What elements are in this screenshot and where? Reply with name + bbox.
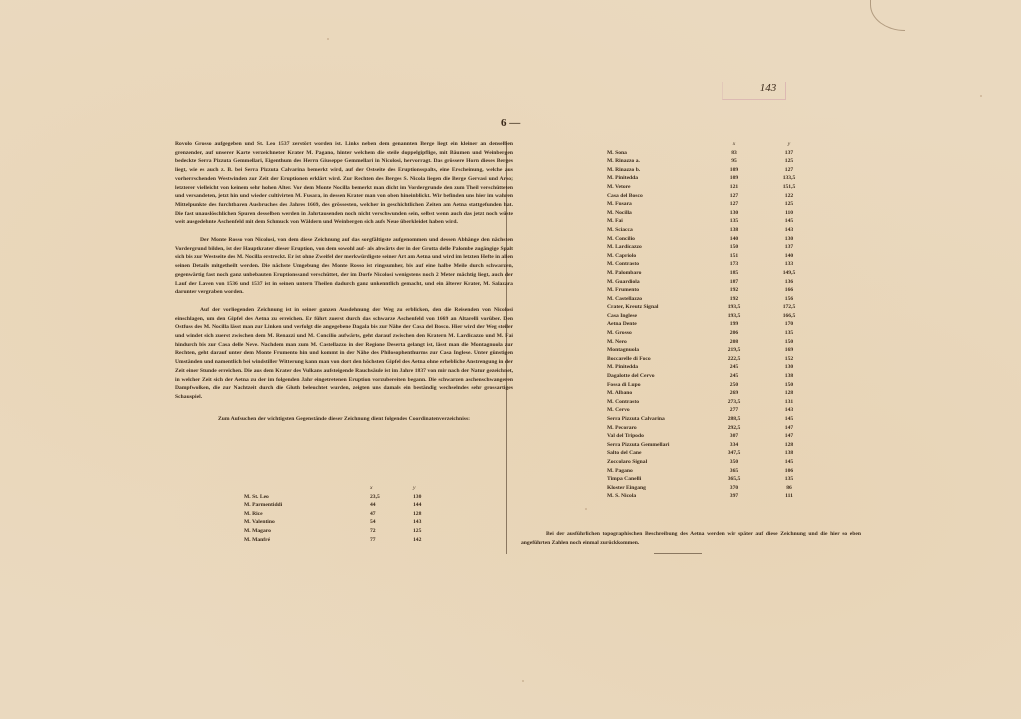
- table-row: M. Vetore121151,5: [607, 183, 813, 192]
- cell-y: 150: [759, 338, 813, 347]
- cell-x: 288,5: [709, 415, 759, 424]
- header-x: x: [358, 484, 409, 493]
- table-row: Zoccolaro Signal350145: [607, 458, 813, 467]
- cell-y: 147: [759, 432, 813, 441]
- cell-x: 370: [709, 484, 759, 493]
- cell-name: M. Cervo: [607, 406, 709, 415]
- table-row: M. Cervo277143: [607, 406, 813, 415]
- cell-x: 109: [709, 174, 759, 183]
- table-row: M. Manfré77142: [244, 536, 453, 545]
- table-row: M. Rinazzo a.95125: [607, 157, 813, 166]
- cell-name: M. Pinitedda: [607, 363, 709, 372]
- cell-y: 122: [759, 192, 813, 201]
- cell-y: 125: [759, 200, 813, 209]
- cell-x: 72: [358, 527, 409, 536]
- cell-x: 127: [709, 200, 759, 209]
- cell-y: 106: [759, 467, 813, 476]
- cell-name: M. Castellazzo: [607, 295, 709, 304]
- table-row: Boccarelle di Foco222,5152: [607, 355, 813, 364]
- cell-x: 187: [709, 278, 759, 287]
- cell-y: 127: [759, 166, 813, 175]
- cell-name: M. Vetore: [607, 183, 709, 192]
- table-row: M. Nocilla130110: [607, 209, 813, 218]
- cell-x: 208: [709, 338, 759, 347]
- table-row: M. Valentino54143: [244, 518, 453, 527]
- page-number: 6 —: [501, 117, 520, 129]
- cell-y: 152: [759, 355, 813, 364]
- cell-name: Salto del Cane: [607, 449, 709, 458]
- cell-y: 110: [759, 209, 813, 218]
- cell-name: Dagalotte del Cervo: [607, 372, 709, 381]
- header-y: y: [759, 140, 813, 149]
- table-row: Fossa di Lupo250150: [607, 381, 813, 390]
- paragraph-3: Auf der vorliegenden Zeichnung ist in se…: [175, 306, 513, 402]
- cell-y: 128: [409, 510, 453, 519]
- table-row: Timpa Canelli365,5135: [607, 475, 813, 484]
- header-name: [607, 140, 709, 149]
- cell-name: M. Sona: [607, 149, 709, 158]
- cell-name: Crater, Kreutz Signal: [607, 303, 709, 312]
- cell-name: M. Rinazzo a.: [607, 157, 709, 166]
- header-x: x: [709, 140, 759, 149]
- table-row: M. Pinitedda245130: [607, 363, 813, 372]
- cell-y: 138: [759, 449, 813, 458]
- cell-x: 23,5: [358, 493, 409, 502]
- cell-y: 142: [409, 536, 453, 545]
- cell-x: 135: [709, 217, 759, 226]
- table-row: M. Pecoraro292,5147: [607, 424, 813, 433]
- cell-x: 138: [709, 226, 759, 235]
- cell-y: 130: [759, 363, 813, 372]
- cell-x: 193,5: [709, 312, 759, 321]
- table-row: Casa Inglese193,5166,5: [607, 312, 813, 321]
- cell-name: Kloster Eingang: [607, 484, 709, 493]
- page-curl-mark: [870, 0, 905, 31]
- cell-y: 145: [759, 217, 813, 226]
- table-row: Val del Tripodo307147: [607, 432, 813, 441]
- table-row: M. Pagano365106: [607, 467, 813, 476]
- cell-x: 121: [709, 183, 759, 192]
- cell-x: 47: [358, 510, 409, 519]
- cell-x: 54: [358, 518, 409, 527]
- table-row: M. Rice47128: [244, 510, 453, 519]
- cell-x: 173: [709, 260, 759, 269]
- cell-name: M. Lardicazzo: [607, 243, 709, 252]
- cell-name: M. Magaro: [244, 527, 358, 536]
- table-row: Casa del Bosco127122: [607, 192, 813, 201]
- cell-name: M. Guardiola: [607, 278, 709, 287]
- cell-x: 307: [709, 432, 759, 441]
- cell-y: 133: [759, 260, 813, 269]
- cell-y: 128: [759, 441, 813, 450]
- cell-name: M. Fai: [607, 217, 709, 226]
- header-name: [244, 484, 358, 493]
- cell-x: 151: [709, 252, 759, 261]
- cell-x: 365,5: [709, 475, 759, 484]
- cell-name: M. Contrasto: [607, 260, 709, 269]
- cell-name: Montagnuola: [607, 346, 709, 355]
- table-row: M. Magaro72125: [244, 527, 453, 536]
- end-rule: [654, 553, 702, 554]
- table-intro: Zum Aufsuchen der wichtigsten Gegenständ…: [175, 415, 513, 424]
- cell-name: Timpa Canelli: [607, 475, 709, 484]
- table-row: M. Fusara127125: [607, 200, 813, 209]
- cell-y: 144: [409, 501, 453, 510]
- cell-y: 166: [759, 286, 813, 295]
- cell-x: 347,5: [709, 449, 759, 458]
- table-row: Dagalotte del Cervo245138: [607, 372, 813, 381]
- table-row: M. Palombaro185149,5: [607, 269, 813, 278]
- cell-y: 143: [759, 226, 813, 235]
- cell-y: 145: [759, 458, 813, 467]
- cell-x: 199: [709, 320, 759, 329]
- cell-name: Zoccolaro Signal: [607, 458, 709, 467]
- cell-name: M. Pagano: [607, 467, 709, 476]
- table-row: M. Castellazzo192156: [607, 295, 813, 304]
- paper-speck: [980, 95, 982, 97]
- cell-y: 138: [759, 372, 813, 381]
- cell-x: 83: [709, 149, 759, 158]
- cell-x: 192: [709, 286, 759, 295]
- paragraph-2: Der Monte Rosso von Nicolosi, von dem di…: [175, 236, 513, 297]
- cell-y: 125: [409, 527, 453, 536]
- table-row: M. Grosso206135: [607, 329, 813, 338]
- cell-y: 133,5: [759, 174, 813, 183]
- table-row: M. Frumento192166: [607, 286, 813, 295]
- cell-name: M. Pinitedda: [607, 174, 709, 183]
- cell-x: 206: [709, 329, 759, 338]
- table-row: M. Fai135145: [607, 217, 813, 226]
- cell-y: 143: [409, 518, 453, 527]
- table-row: M. Parmentiddi44144: [244, 501, 453, 510]
- cell-y: 147: [759, 424, 813, 433]
- cell-name: Boccarelle di Foco: [607, 355, 709, 364]
- cell-x: 245: [709, 363, 759, 372]
- table-header-row: x y: [607, 140, 813, 149]
- cell-x: 250: [709, 381, 759, 390]
- table-row: M. Sciacca138143: [607, 226, 813, 235]
- cell-y: 135: [759, 329, 813, 338]
- document-page: 143 6 — Rovolo Grosso aufgegeben und St.…: [0, 0, 1021, 719]
- closing-note: Bei der ausführlichen topographischen Be…: [521, 530, 861, 548]
- table-row: M. Nero208150: [607, 338, 813, 347]
- table-row: M. Albano269128: [607, 389, 813, 398]
- table-row: M. Rinazzo b.109127: [607, 166, 813, 175]
- table-row: Salto del Cane347,5138: [607, 449, 813, 458]
- cell-x: 95: [709, 157, 759, 166]
- table-row: M. Pinitedda109133,5: [607, 174, 813, 183]
- header-y: y: [409, 484, 453, 493]
- cell-x: 127: [709, 192, 759, 201]
- cell-name: M. Pecoraro: [607, 424, 709, 433]
- cell-x: 269: [709, 389, 759, 398]
- cell-name: Aetna Dente: [607, 320, 709, 329]
- cell-y: 156: [759, 295, 813, 304]
- cell-y: 145: [759, 415, 813, 424]
- cell-x: 292,5: [709, 424, 759, 433]
- table-row: M. Contrasto273,5131: [607, 398, 813, 407]
- cell-x: 350: [709, 458, 759, 467]
- cell-y: 136: [759, 278, 813, 287]
- cell-x: 77: [358, 536, 409, 545]
- table-row: M. Contrasto173133: [607, 260, 813, 269]
- cell-y: 86: [759, 484, 813, 493]
- cell-x: 185: [709, 269, 759, 278]
- cell-name: M. Nocilla: [607, 209, 709, 218]
- cell-name: M. Albano: [607, 389, 709, 398]
- cell-name: M. Manfré: [244, 536, 358, 545]
- table-row: Montagnuola219,5169: [607, 346, 813, 355]
- cell-name: M. Palombaro: [607, 269, 709, 278]
- cell-x: 193,5: [709, 303, 759, 312]
- table-row: M. Guardiola187136: [607, 278, 813, 287]
- cell-name: M. Nero: [607, 338, 709, 347]
- stamp-number: 143: [760, 82, 777, 94]
- cell-y: 125: [759, 157, 813, 166]
- cell-y: 137: [759, 243, 813, 252]
- cell-name: M. Parmentiddi: [244, 501, 358, 510]
- cell-x: 219,5: [709, 346, 759, 355]
- cell-y: 172,5: [759, 303, 813, 312]
- cell-name: M. Grosso: [607, 329, 709, 338]
- cell-x: 192: [709, 295, 759, 304]
- table-row: Serra Pizzuta Gemmellari334128: [607, 441, 813, 450]
- cell-name: Serra Pizzuta Calvarina: [607, 415, 709, 424]
- cell-name: M. Concilio: [607, 235, 709, 244]
- coordinate-table-right: x y M. Sona83137M. Rinazzo a.95125M. Rin…: [607, 140, 813, 501]
- cell-name: M. St. Leo: [244, 493, 358, 502]
- closing-paragraph: Bei der ausführlichen topographischen Be…: [521, 530, 861, 548]
- cell-x: 44: [358, 501, 409, 510]
- table-row: M. Lardicazzo150137: [607, 243, 813, 252]
- table-row: Crater, Kreutz Signal193,5172,5: [607, 303, 813, 312]
- cell-name: Casa del Bosco: [607, 192, 709, 201]
- cell-name: M. Frumento: [607, 286, 709, 295]
- cell-name: M. S. Nicola: [607, 492, 709, 501]
- cell-x: 397: [709, 492, 759, 501]
- cell-name: M. Contrasto: [607, 398, 709, 407]
- cell-name: M. Rinazzo b.: [607, 166, 709, 175]
- cell-y: 130: [759, 235, 813, 244]
- cell-name: M. Sciacca: [607, 226, 709, 235]
- cell-y: 170: [759, 320, 813, 329]
- cell-y: 131: [759, 398, 813, 407]
- table-header-row: x y: [244, 484, 453, 493]
- cell-y: 140: [759, 252, 813, 261]
- cell-y: 130: [409, 493, 453, 502]
- cell-name: Serra Pizzuta Gemmellari: [607, 441, 709, 450]
- cell-name: M. Capriolo: [607, 252, 709, 261]
- table-row: M. S. Nicola397111: [607, 492, 813, 501]
- table-row: Kloster Eingang37086: [607, 484, 813, 493]
- cell-y: 143: [759, 406, 813, 415]
- cell-name: Casa Inglese: [607, 312, 709, 321]
- table-row: M. Sona83137: [607, 149, 813, 158]
- table-row: M. Capriolo151140: [607, 252, 813, 261]
- cell-name: Fossa di Lupo: [607, 381, 709, 390]
- cell-x: 277: [709, 406, 759, 415]
- cell-x: 273,5: [709, 398, 759, 407]
- cell-x: 222,5: [709, 355, 759, 364]
- cell-name: M. Rice: [244, 510, 358, 519]
- cell-y: 128: [759, 389, 813, 398]
- paper-speck: [522, 680, 524, 682]
- cell-name: M. Fusara: [607, 200, 709, 209]
- cell-name: M. Valentino: [244, 518, 358, 527]
- cell-x: 334: [709, 441, 759, 450]
- cell-x: 140: [709, 235, 759, 244]
- cell-x: 109: [709, 166, 759, 175]
- cell-y: 137: [759, 149, 813, 158]
- coordinate-table-left: x y M. St. Leo23,5130M. Parmentiddi44144…: [244, 484, 453, 544]
- paragraph-1: Rovolo Grosso aufgegeben und St. Leo 153…: [175, 140, 513, 227]
- cell-y: 135: [759, 475, 813, 484]
- table-row: M. Concilio140130: [607, 235, 813, 244]
- cell-y: 166,5: [759, 312, 813, 321]
- table-row: Aetna Dente199170: [607, 320, 813, 329]
- cell-x: 130: [709, 209, 759, 218]
- left-column: Rovolo Grosso aufgegeben und St. Leo 153…: [175, 140, 513, 423]
- cell-y: 151,5: [759, 183, 813, 192]
- table-row: M. St. Leo23,5130: [244, 493, 453, 502]
- archive-stamp: 143: [722, 82, 786, 100]
- cell-name: Val del Tripodo: [607, 432, 709, 441]
- paper-speck: [585, 508, 587, 510]
- cell-y: 150: [759, 381, 813, 390]
- cell-y: 111: [759, 492, 813, 501]
- cell-x: 365: [709, 467, 759, 476]
- cell-y: 149,5: [759, 269, 813, 278]
- paper-speck: [327, 38, 329, 40]
- cell-y: 169: [759, 346, 813, 355]
- table-row: Serra Pizzuta Calvarina288,5145: [607, 415, 813, 424]
- cell-x: 150: [709, 243, 759, 252]
- cell-x: 245: [709, 372, 759, 381]
